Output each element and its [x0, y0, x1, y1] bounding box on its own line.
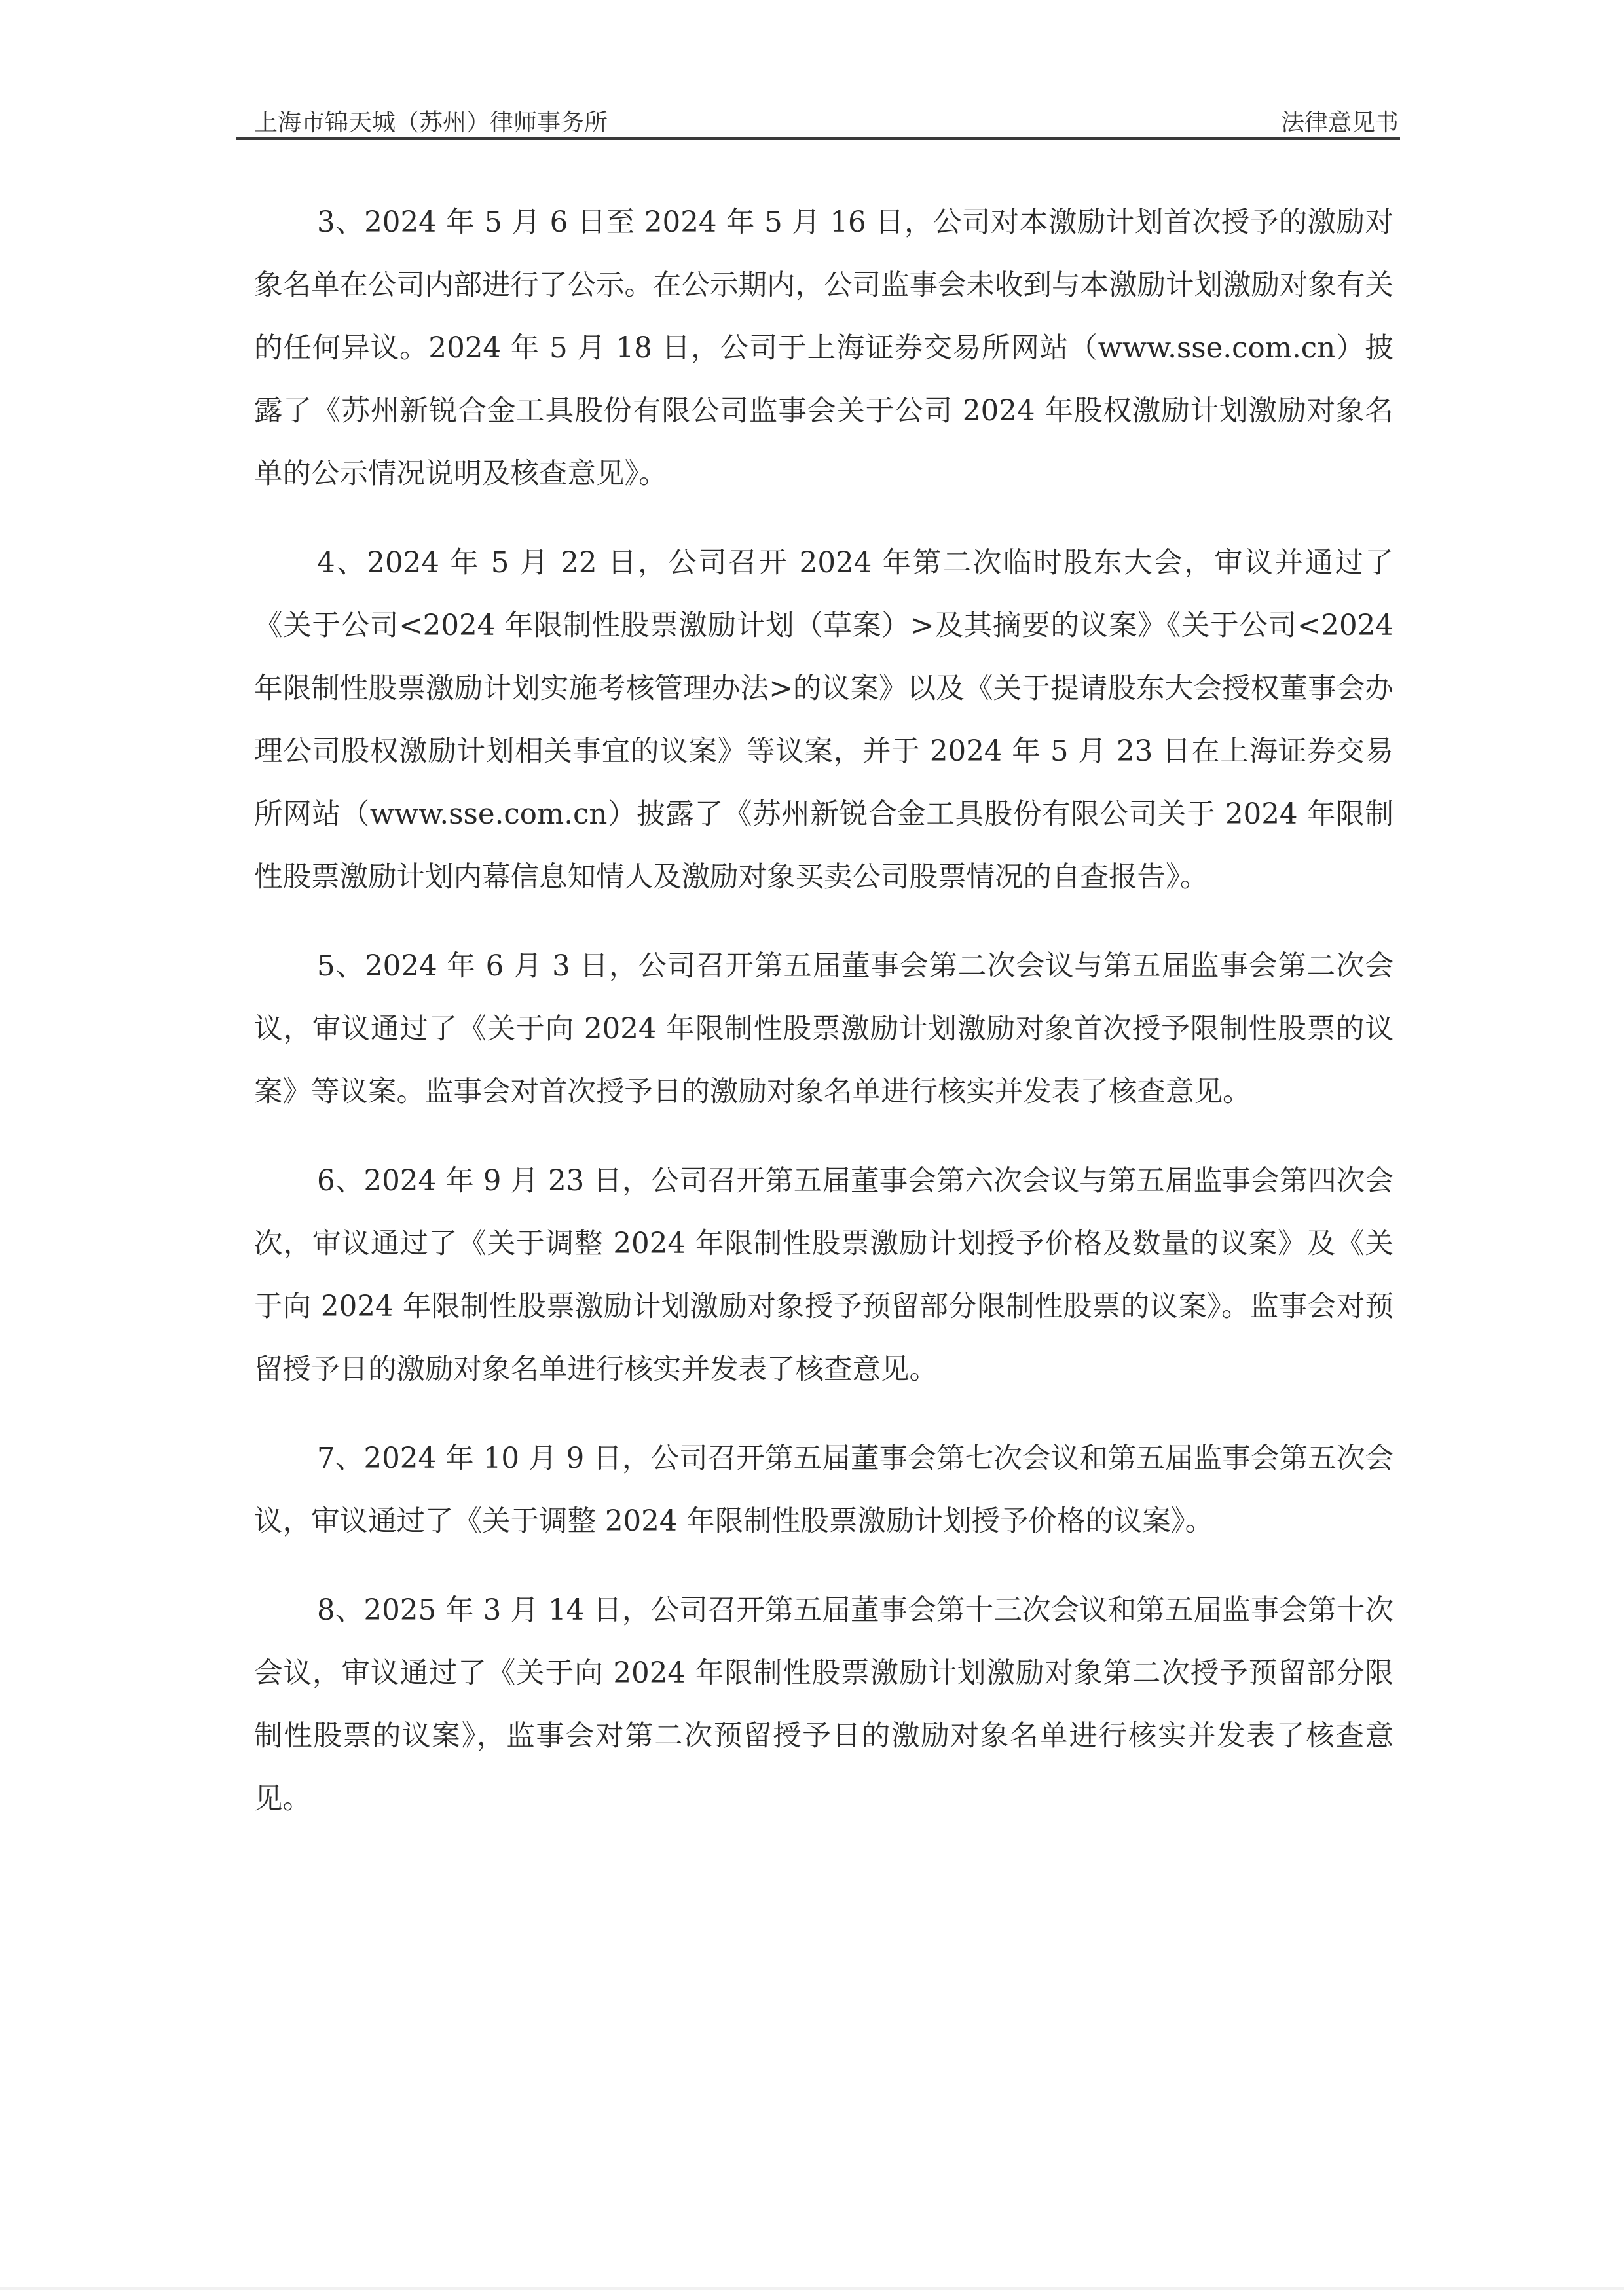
- paragraph-item-3: 3、2024 年 5 月 6 日至 2024 年 5 月 16 日，公司对本激励…: [254, 191, 1393, 505]
- document-body: 3、2024 年 5 月 6 日至 2024 年 5 月 16 日，公司对本激励…: [254, 191, 1393, 1857]
- page-header: 上海市锦天城（苏州）律师事务所 法律意见书: [254, 105, 1399, 137]
- document-type: 法律意见书: [1281, 104, 1399, 137]
- paragraph-item-5: 5、2024 年 6 月 3 日，公司召开第五届董事会第二次会议与第五届监事会第…: [254, 935, 1393, 1123]
- scan-edge-line: [0, 2287, 1624, 2290]
- paragraph-item-4: 4、2024 年 5 月 22 日，公司召开 2024 年第二次临时股东大会，审…: [254, 532, 1393, 909]
- paragraph-item-8: 8、2025 年 3 月 14 日，公司召开第五届董事会第十三次会议和第五届监事…: [254, 1579, 1393, 1831]
- paragraph-item-7: 7、2024 年 10 月 9 日，公司召开第五届董事会第七次会议和第五届监事会…: [254, 1427, 1393, 1553]
- header-divider: [236, 137, 1400, 140]
- law-firm-name: 上海市锦天城（苏州）律师事务所: [254, 104, 608, 137]
- paragraph-item-6: 6、2024 年 9 月 23 日，公司召开第五届董事会第六次会议与第五届监事会…: [254, 1150, 1393, 1401]
